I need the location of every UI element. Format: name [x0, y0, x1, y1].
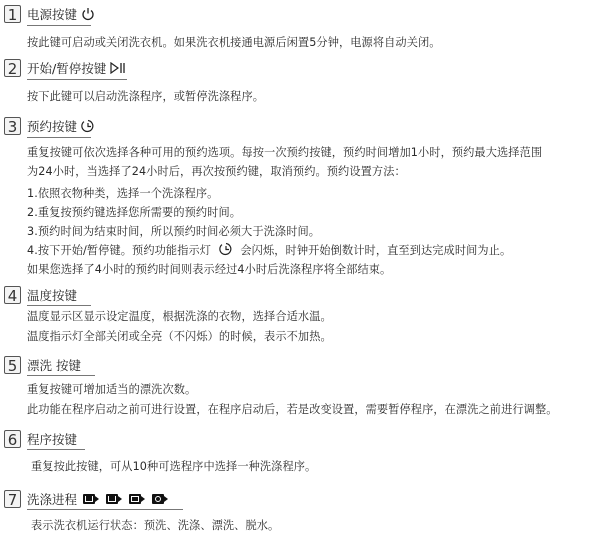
paragraph: 如果您选择了4小时的预约时间则表示经过4小时后洗涤程序将全部结束。	[27, 260, 391, 279]
section-title: 预约按键	[27, 117, 95, 135]
paragraph: 按下此键可以启动洗涤程序，或暂停洗涤程序。	[27, 87, 264, 106]
section-title-text: 程序按键	[27, 430, 77, 448]
section-title: 漂洗 按键	[27, 356, 81, 374]
section-number: 7	[4, 490, 21, 508]
step-1: 1.依照衣物种类，选择一个洗涤程序。	[27, 184, 218, 203]
section-title-text: 洗涤进程	[27, 490, 77, 508]
paragraph: 重复按键可依次选择各种可用的预约选项。每按一次预约按键，预约时间增加1小时，预约…	[27, 143, 542, 162]
section-number: 5	[4, 356, 21, 374]
paragraph: 为24小时，当选择了24小时后，再次按预约键，取消预约。预约设置方法：	[27, 162, 406, 181]
section-title: 开始/暂停按键	[27, 59, 126, 77]
timer-clock-icon	[81, 119, 95, 133]
step-4: 4.按下开始/暂停键。预约功能指示灯 会闪烁，时钟开始倒数计时，直至到达完成时间…	[27, 241, 511, 260]
section-heading: 7 洗涤进程	[4, 489, 169, 509]
section-number: 2	[4, 59, 21, 77]
wash-icon	[106, 494, 123, 504]
section-title-text: 漂洗 按键	[27, 356, 81, 374]
section-heading: 1 电源按键	[4, 4, 95, 24]
section-title-text: 预约按键	[27, 117, 77, 135]
play-pause-icon	[110, 62, 126, 74]
heading-underline	[27, 375, 95, 376]
section-number: 6	[4, 430, 21, 448]
heading-underline	[27, 137, 91, 138]
step-3: 3.预约时间为结束时间，所以预约时间必须大于洗涤时间。	[27, 222, 320, 241]
section-number: 1	[4, 5, 21, 23]
heading-underline	[27, 25, 91, 26]
prewash-icon	[83, 494, 100, 504]
section-heading: 5 漂洗 按键	[4, 355, 81, 375]
section-title: 电源按键	[27, 5, 95, 23]
section-title-text: 温度按键	[27, 286, 77, 304]
spin-icon	[152, 494, 169, 504]
step-4-text-b: 会闪烁，时钟开始倒数计时，直至到达完成时间为止。	[240, 244, 511, 257]
section-title-text: 电源按键	[27, 5, 77, 23]
section-heading: 2 开始/暂停按键	[4, 58, 126, 78]
section-number: 3	[4, 117, 21, 135]
section-title-text: 开始/暂停按键	[27, 59, 106, 77]
section-heading: 3 预约按键	[4, 116, 95, 136]
section-title: 洗涤进程	[27, 490, 169, 508]
paragraph: 温度显示区显示设定温度，根据洗涤的衣物，选择合适水温。	[27, 307, 332, 326]
heading-underline	[27, 305, 91, 306]
heading-underline	[27, 509, 183, 510]
step-4-text-a: 4.按下开始/暂停键。预约功能指示灯	[27, 244, 211, 257]
section-title: 程序按键	[27, 430, 77, 448]
paragraph: 温度指示灯全部关闭或全亮（不闪烁）的时候，表示不加热。	[27, 327, 332, 346]
paragraph: 表示洗衣机运行状态：预洗、洗涤、漂洗、脱水。	[31, 516, 279, 535]
power-icon	[81, 7, 95, 21]
heading-underline	[27, 79, 127, 80]
paragraph: 此功能在程序启动之前可进行设置，在程序启动后，若是改变设置，需要暂停程序，在漂洗…	[27, 400, 558, 419]
step-2: 2.重复按预约键选择您所需要的预约时间。	[27, 203, 241, 222]
paragraph: 重复按键可增加适当的漂洗次数。	[27, 380, 196, 399]
section-heading: 6 程序按键	[4, 429, 77, 449]
paragraph: 按此键可启动或关闭洗衣机。如果洗衣机接通电源后闲置5分钟，电源将自动关闭。	[27, 33, 441, 52]
section-number: 4	[4, 286, 21, 304]
timer-clock-icon	[219, 242, 233, 256]
paragraph: 重复按此按键，可从10种可选程序中选择一种洗涤程序。	[31, 457, 316, 476]
section-title: 温度按键	[27, 286, 77, 304]
heading-underline	[27, 449, 85, 450]
section-heading: 4 温度按键	[4, 285, 77, 305]
rinse-icon	[129, 494, 146, 504]
